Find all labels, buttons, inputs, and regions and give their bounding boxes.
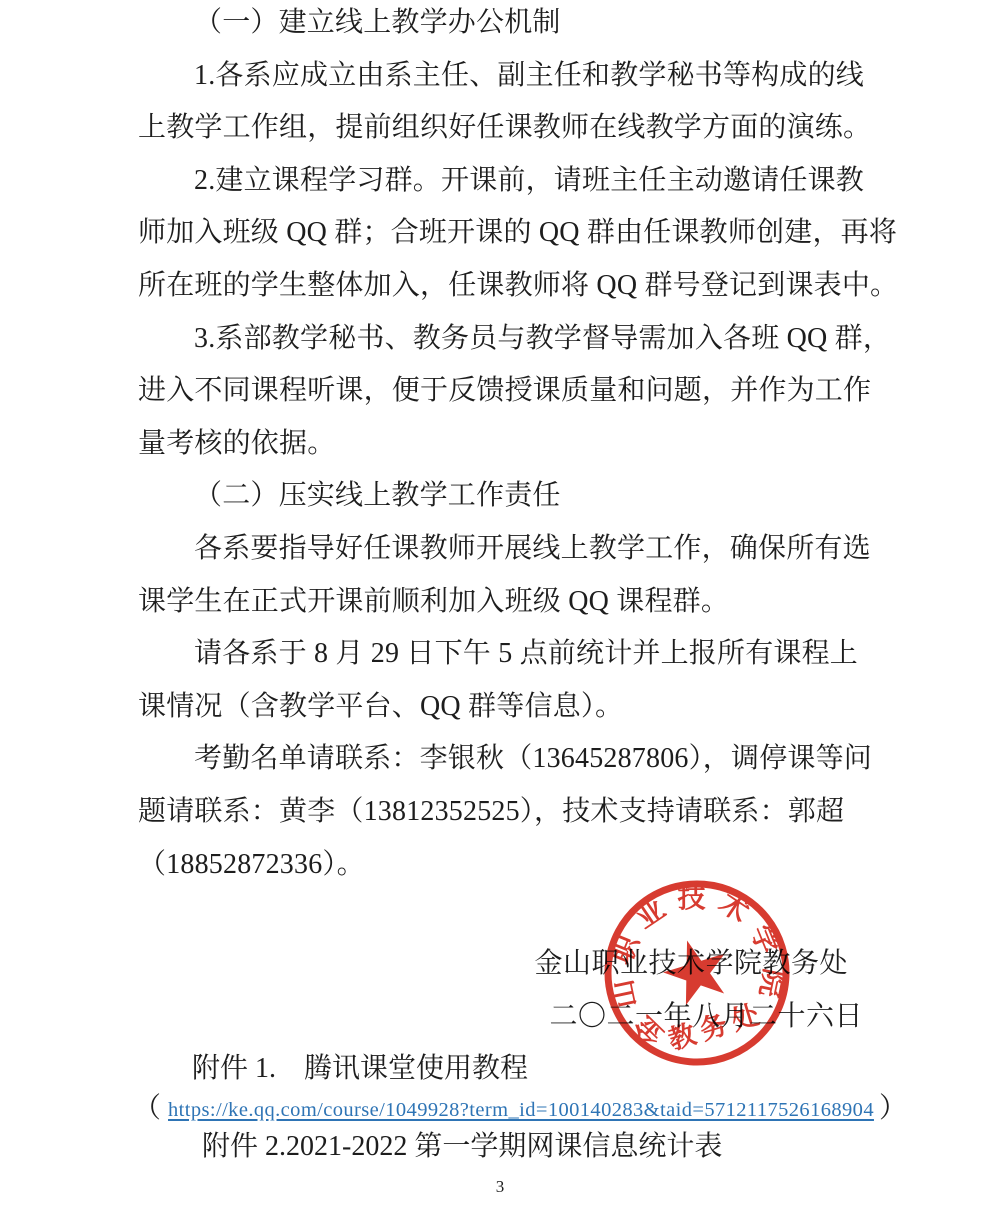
- paragraph-1: 1.各系应成立由系主任、副主任和教学秘书等构成的线 上教学工作组，提前组织好任课…: [138, 50, 910, 155]
- document-body: （一）建立线上教学办公机制 1.各系应成立由系主任、副主任和教学秘书等构成的线 …: [138, 0, 910, 891]
- paragraph-5: 请各系于 8 月 29 日下午 5 点前统计并上报所有课程上 课情况（含教学平台…: [138, 628, 910, 733]
- attachment-item-2: 附件 2.2021-2022 第一学期网课信息统计表: [202, 1131, 722, 1163]
- link-paren-close: ）: [879, 1093, 907, 1124]
- attachment-item-1: 附件 1. 腾讯课堂使用教程: [192, 1053, 528, 1085]
- paragraph-3: 3.系部教学秘书、教务员与教学督导需加入各班 QQ 群， 进入不同课程听课，便于…: [138, 313, 910, 471]
- paragraph-6: 考勤名单请联系：李银秋（13645287806），调停课等问 题请联系：黄李（1…: [138, 733, 910, 891]
- star-icon: [656, 931, 736, 1009]
- official-seal: 金山职业技术学院 教务处: [600, 876, 794, 1070]
- document-page: （一）建立线上教学办公机制 1.各系应成立由系主任、副主任和教学秘书等构成的线 …: [0, 0, 1000, 1207]
- section-heading-2: （二）压实线上教学工作责任: [138, 470, 910, 523]
- page-number: 3: [0, 1177, 1000, 1197]
- section-heading-1: （一）建立线上教学办公机制: [138, 0, 910, 50]
- paragraph-4: 各系要指导好任课教师开展线上教学工作，确保所有选 课学生在正式开课前顺利加入班级…: [138, 523, 910, 628]
- paragraph-2: 2.建立课程学习群。开课前，请班主任主动邀请任课教 师加入班级 QQ 群；合班开…: [138, 155, 910, 313]
- attachment-url-link[interactable]: https://ke.qq.com/course/1049928?term_id…: [168, 1099, 874, 1121]
- link-paren-open: （: [133, 1093, 161, 1124]
- attachment-link-line: （https://ke.qq.com/course/1049928?term_i…: [133, 1093, 907, 1126]
